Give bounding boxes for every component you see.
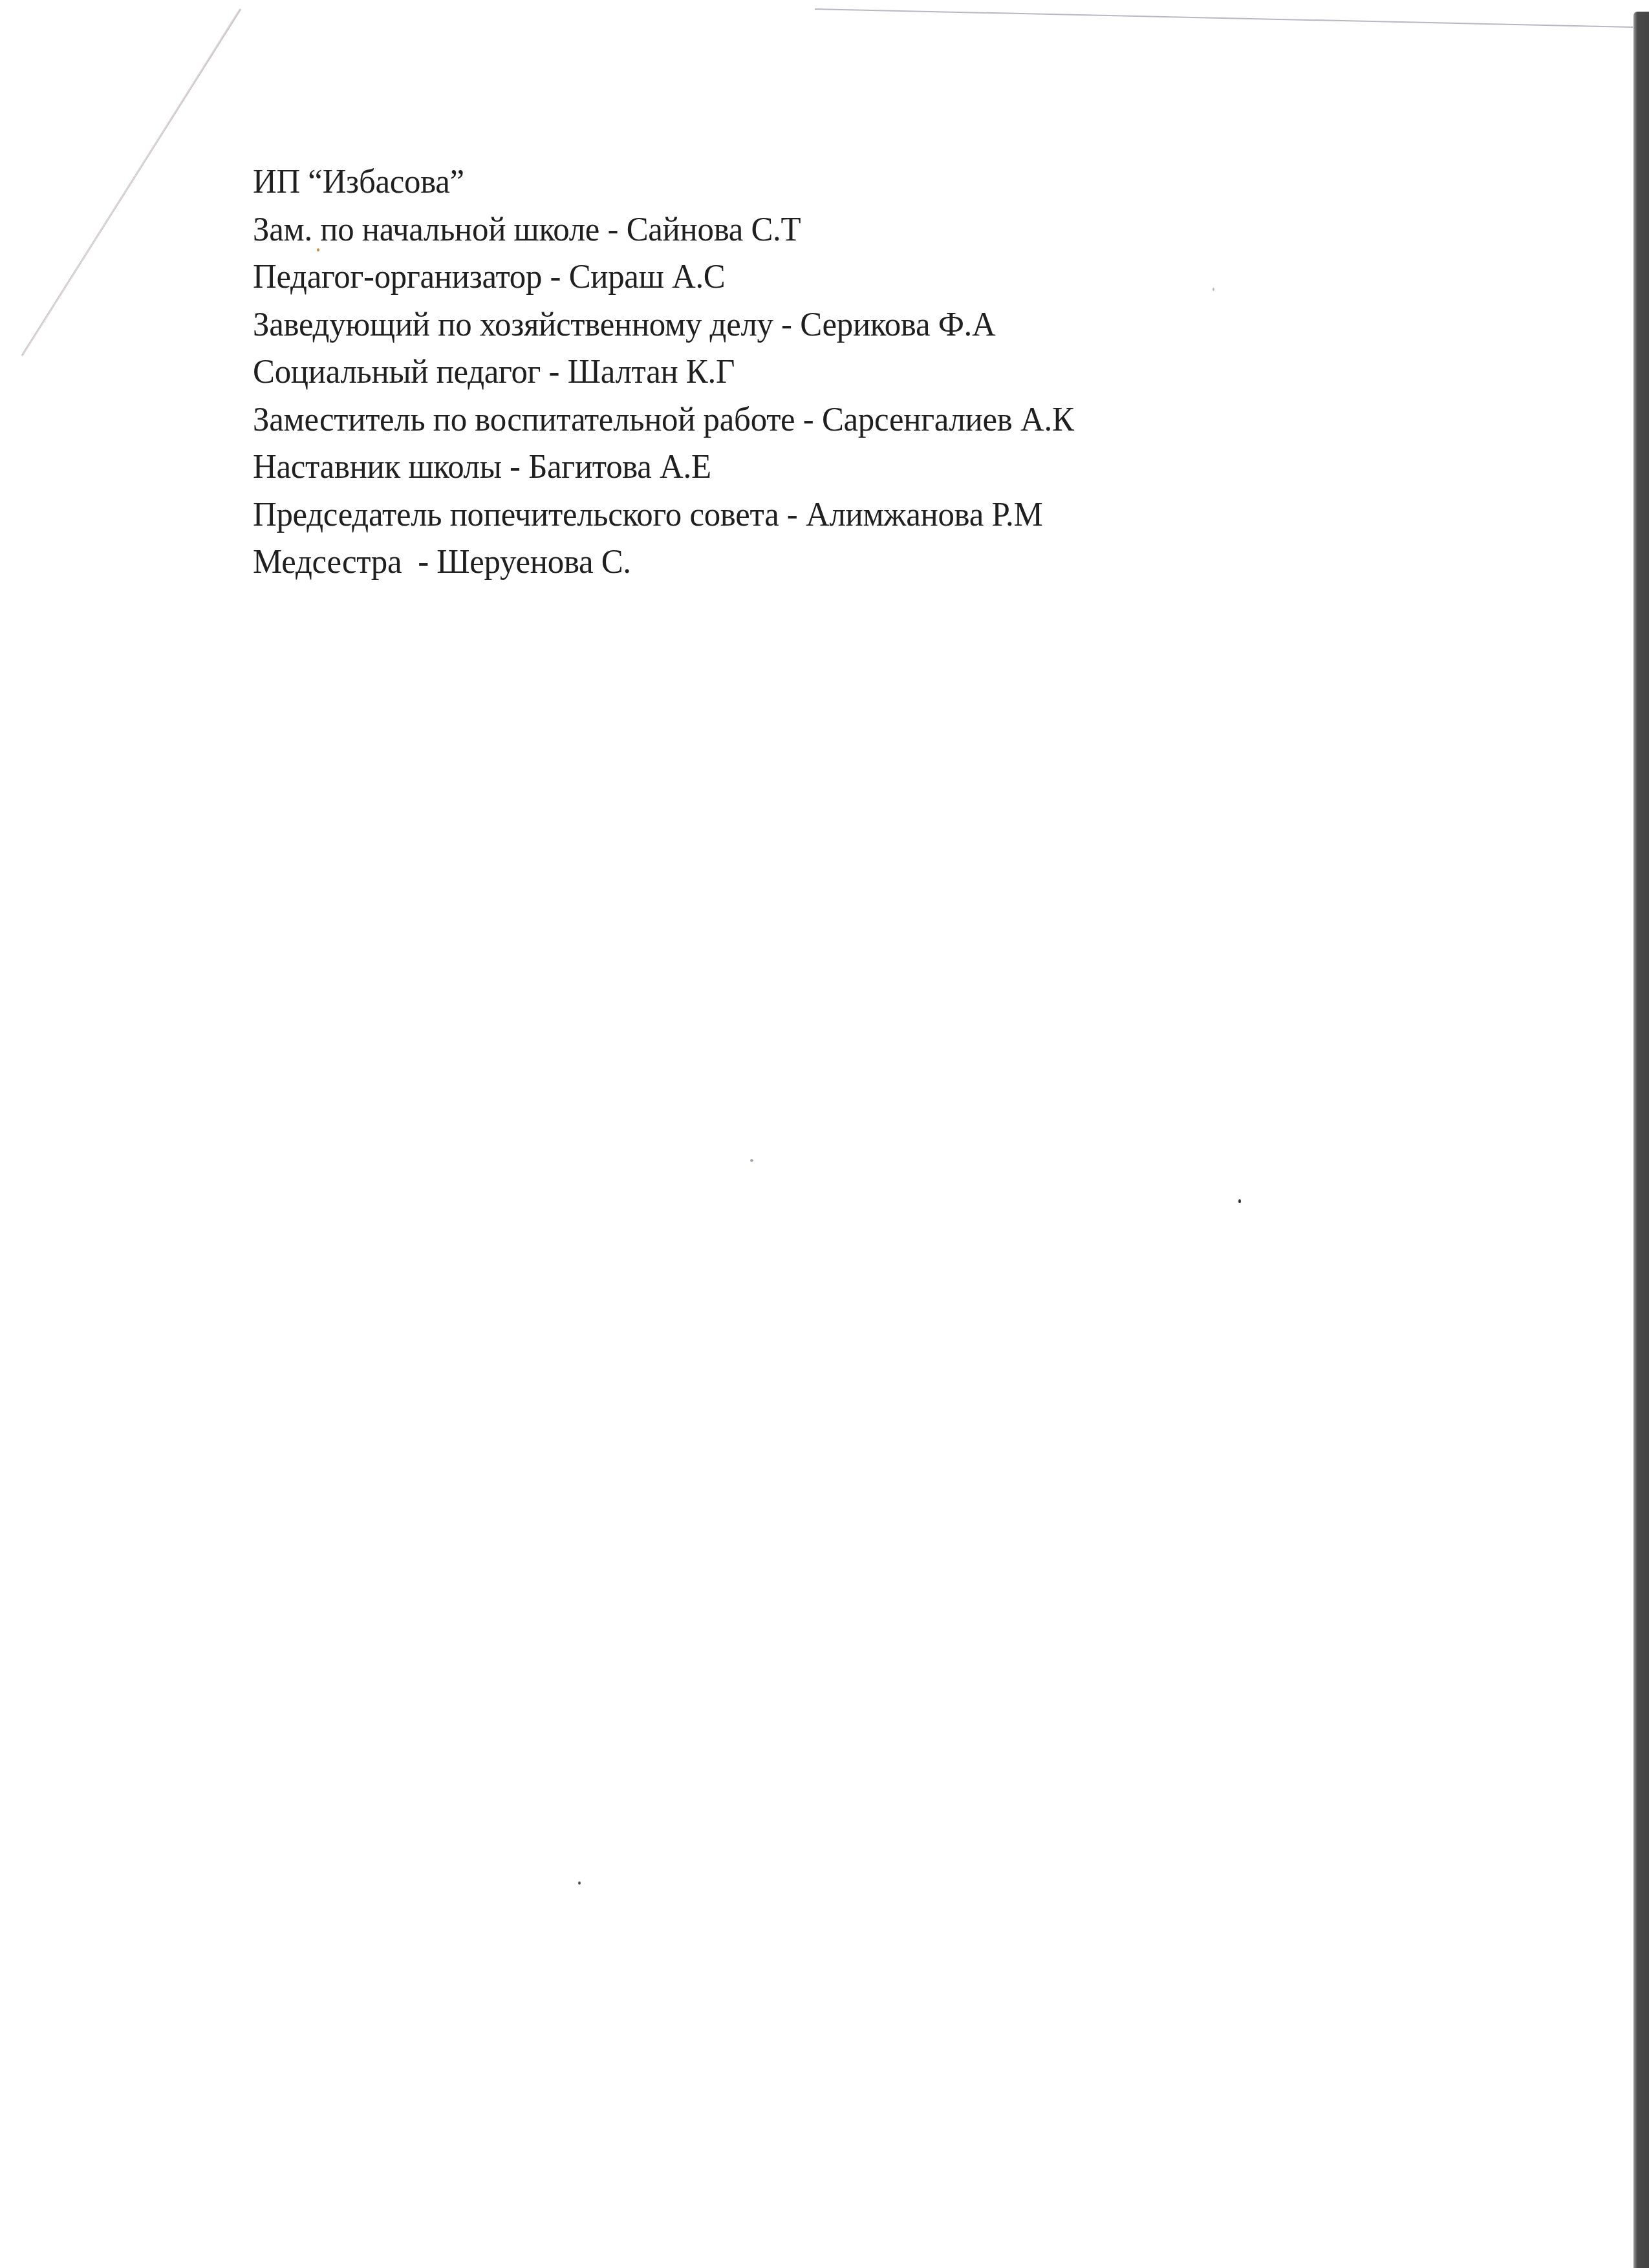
scan-speck: [578, 1881, 581, 1885]
scanned-page: ИП “Избасова” Зам. по начальной школе - …: [0, 0, 1649, 2268]
staff-line: Председатель попечительского совета - Ал…: [253, 491, 1074, 539]
staff-line: Социальный педагог - Шалтан К.Г: [253, 348, 1074, 396]
scan-speck: [1212, 288, 1214, 291]
scan-speck: [750, 1159, 753, 1162]
scanner-border: [1633, 12, 1649, 2268]
staff-line: Медсестра - Шеруенова С.: [253, 539, 1074, 586]
staff-line: Заведующий по хозяйственному делу - Сери…: [253, 301, 1074, 349]
staff-line: Заместитель по воспитательной работе - С…: [253, 396, 1074, 444]
scan-crease-line: [0, 0, 259, 362]
document-body: ИП “Избасова” Зам. по начальной школе - …: [253, 158, 1108, 586]
staff-line: Зам. по начальной школе - Сайнова С.Т: [253, 206, 1074, 254]
scan-speck: [317, 248, 319, 251]
staff-line: Педагог-организатор - Сираш А.С: [253, 253, 1074, 301]
scan-top-edge-line: [815, 0, 1636, 39]
staff-line: Наставник школы - Багитова А.Е: [253, 444, 1074, 491]
document-heading: ИП “Избасова”: [253, 158, 1074, 206]
scan-speck: [1238, 1199, 1241, 1203]
